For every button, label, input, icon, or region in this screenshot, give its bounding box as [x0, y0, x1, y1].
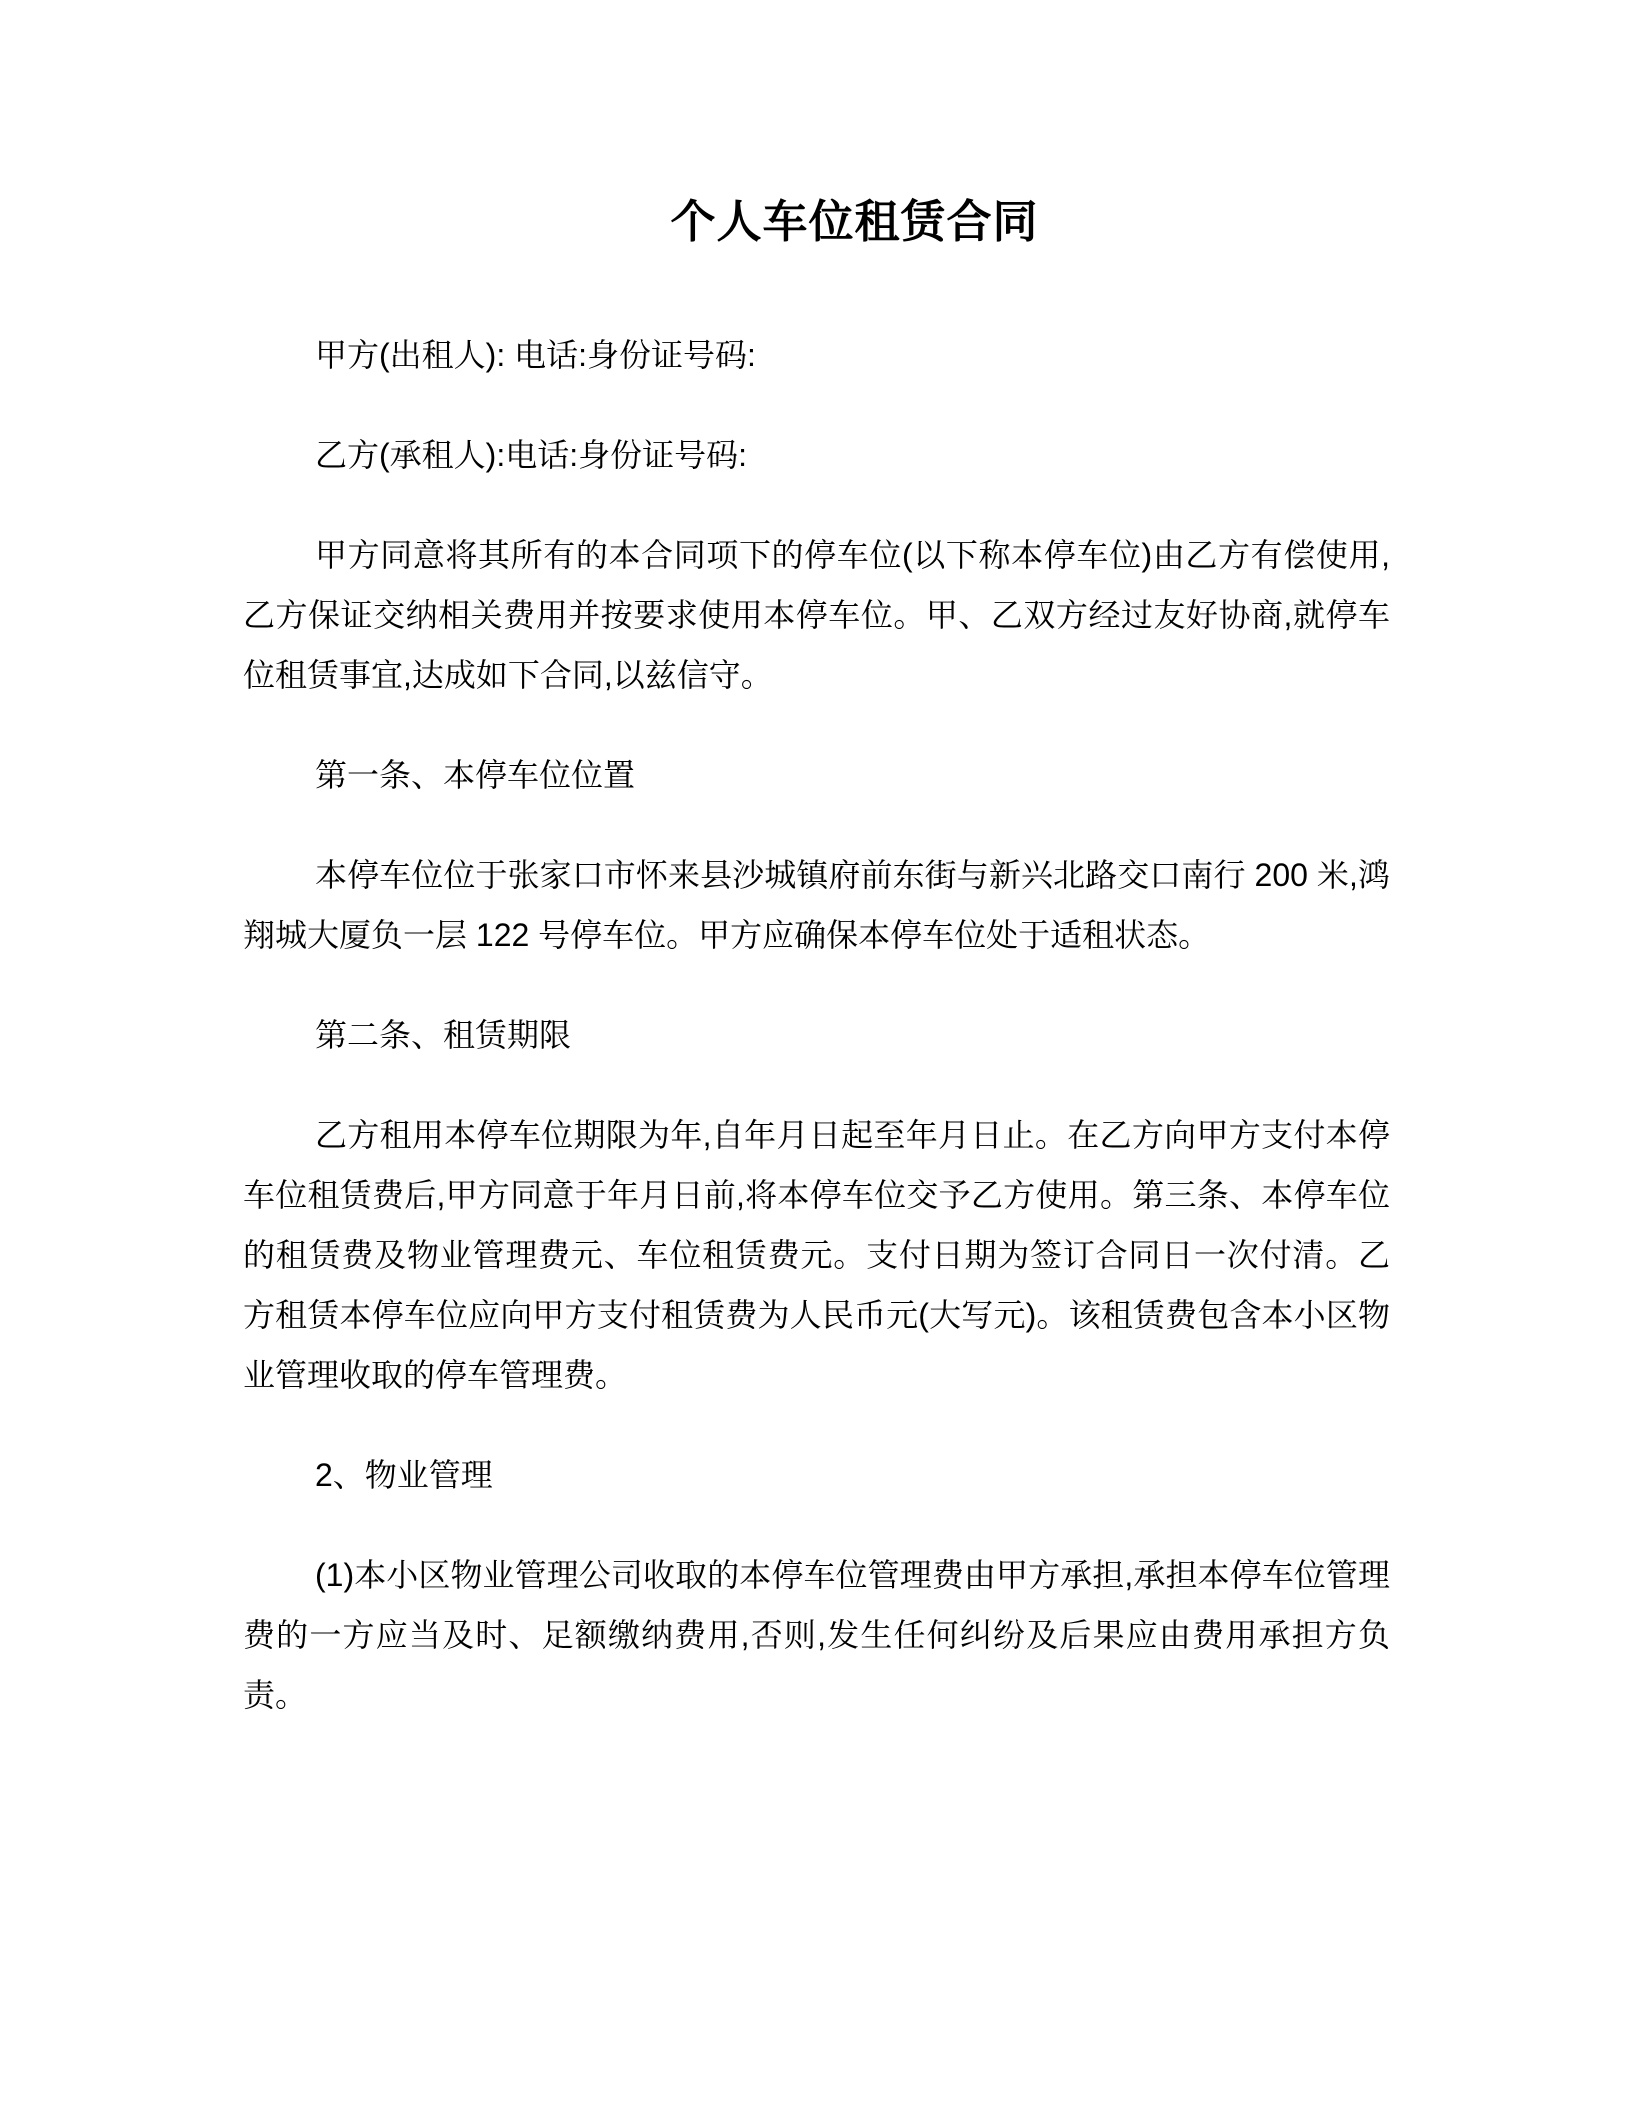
preamble-paragraph: 甲方同意将其所有的本合同项下的停车位(以下称本停车位)由乙方有偿使用,乙方保证交…: [243, 525, 1390, 705]
party-b-line: 乙方(承租人):电话:身份证号码:: [243, 425, 1390, 485]
document-title: 个人车位租赁合同: [243, 190, 1390, 254]
article-2-heading: 第二条、租赁期限: [243, 1005, 1390, 1065]
property-management-paragraph: (1)本小区物业管理公司收取的本停车位管理费由甲方承担,承担本停车位管理费的一方…: [243, 1545, 1390, 1725]
article-1-heading: 第一条、本停车位位置: [243, 745, 1390, 805]
contract-page: 个人车位租赁合同 甲方(出租人): 电话:身份证号码: 乙方(承租人):电话:身…: [0, 0, 1632, 2112]
property-management-heading: 2、物业管理: [243, 1445, 1390, 1505]
lease-term-fee-paragraph: 乙方租用本停车位期限为年,自年月日起至年月日止。在乙方向甲方支付本停车位租赁费后…: [243, 1105, 1390, 1405]
parking-location-paragraph: 本停车位位于张家口市怀来县沙城镇府前东街与新兴北路交口南行 200 米,鸿翔城大…: [243, 845, 1390, 965]
party-a-line: 甲方(出租人): 电话:身份证号码:: [243, 325, 1390, 385]
